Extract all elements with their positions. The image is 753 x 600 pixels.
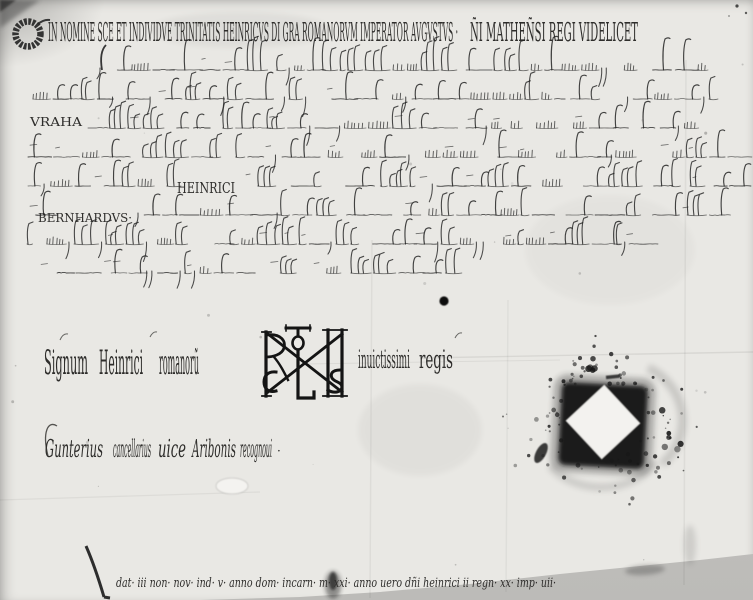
charter-photograph: IN NOMINE SCE ET INDIVIDVE TRINITATIS HE… — [0, 0, 753, 600]
parchment-sheet — [0, 0, 753, 600]
